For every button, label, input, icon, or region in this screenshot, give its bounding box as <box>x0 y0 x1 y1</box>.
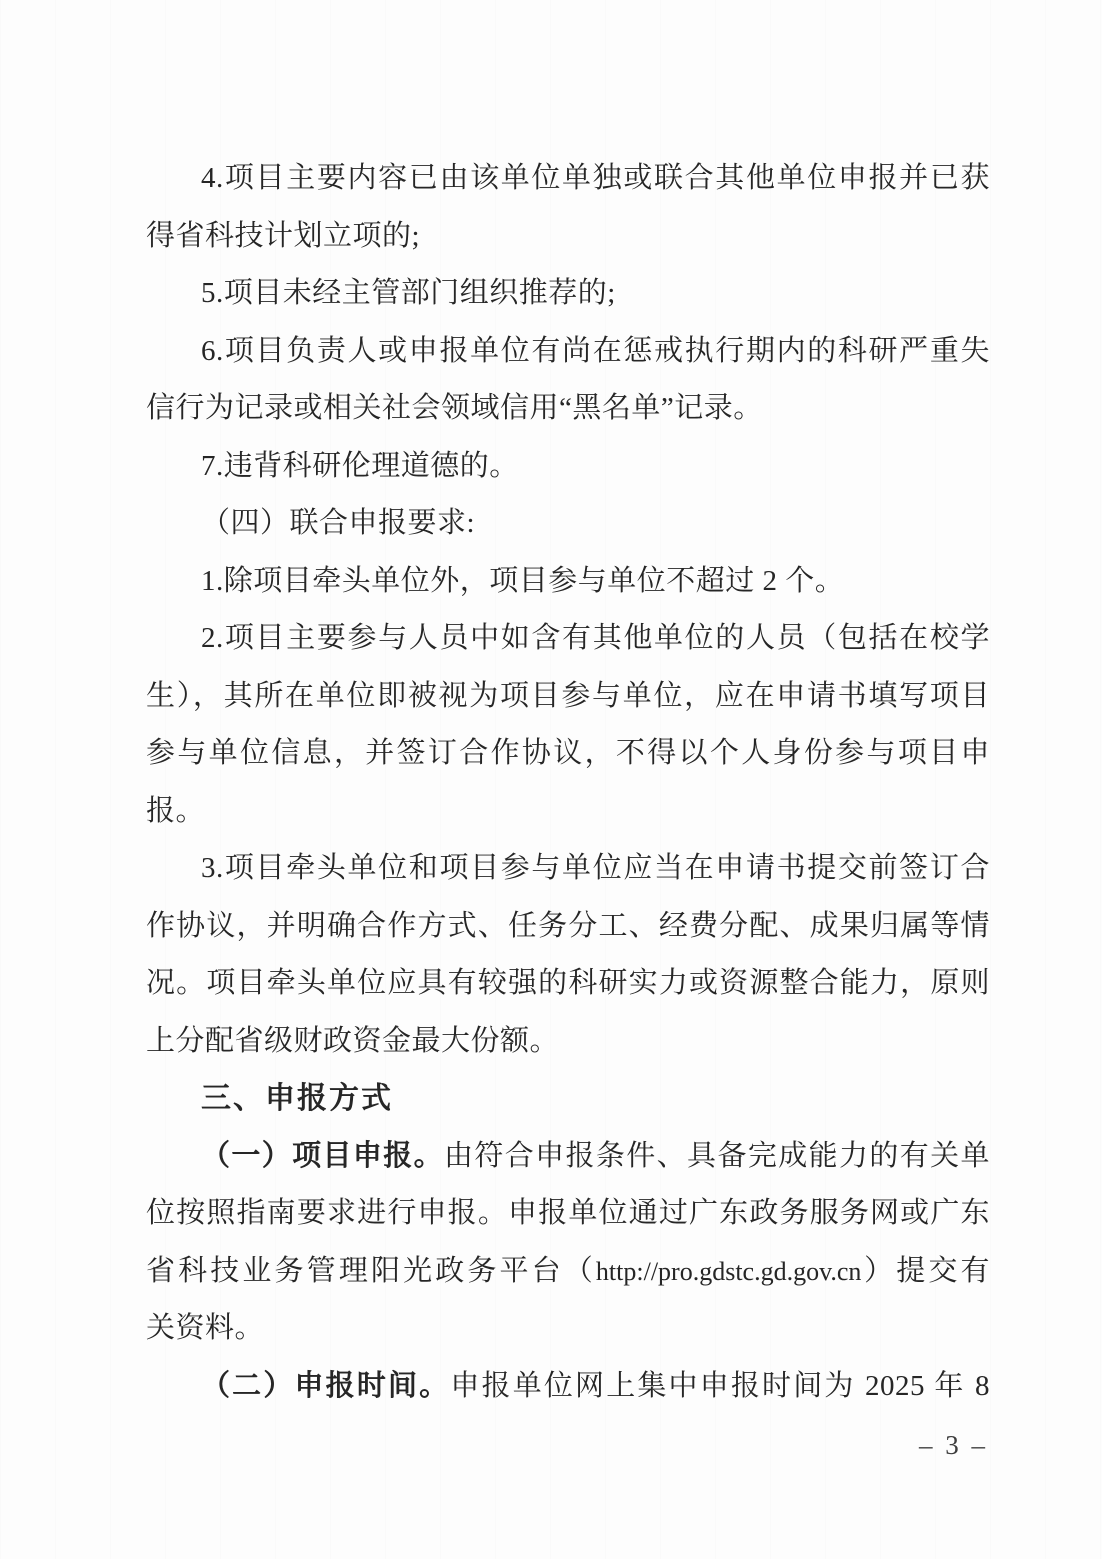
text-run: 6.项目负责人或申报单位有尚在惩戒执行期内的科研严重失 <box>201 335 990 367</box>
text-run: 5.项目未经主管部门组织推荐的; <box>201 277 616 309</box>
document-page: 4.项目主要内容已由该单位单独或联合其他单位申报并已获得省科技计划立项的;5.项… <box>0 0 1102 1559</box>
text-run: 上分配省级财政资金最大份额。 <box>146 1025 559 1057</box>
text-line: 关资料。 <box>146 1300 990 1358</box>
text-run: 3.项目牵头单位和项目参与单位应当在申请书提交前签订合 <box>201 852 990 884</box>
text-run: 4.项目主要内容已由该单位单独或联合其他单位申报并已获 <box>201 162 990 194</box>
text-run: 况。项目牵头单位应具有较强的科研实力或资源整合能力，原则 <box>146 967 990 999</box>
text-line: 况。项目牵头单位应具有较强的科研实力或资源整合能力，原则 <box>146 955 990 1013</box>
text-line: 报。 <box>146 783 990 841</box>
text-run: ）提交有 <box>861 1255 990 1287</box>
document-body: 4.项目主要内容已由该单位单独或联合其他单位申报并已获得省科技计划立项的;5.项… <box>146 150 990 1415</box>
text-line: 三、申报方式 <box>146 1070 990 1128</box>
text-run: 位按照指南要求进行申报。申报单位通过广东政务服务网或广东 <box>146 1197 990 1229</box>
text-run: 7.违背科研伦理道德的。 <box>201 450 519 482</box>
text-run: （二）申报时间。 <box>201 1370 450 1402</box>
text-run: 申报单位网上集中申报时间为 2025 年 8 <box>450 1370 990 1402</box>
text-line: 参与单位信息，并签订合作协议，不得以个人身份参与项目申 <box>146 725 990 783</box>
text-line: 位按照指南要求进行申报。申报单位通过广东政务服务网或广东 <box>146 1185 990 1243</box>
text-run: （四）联合申报要求: <box>201 507 475 539</box>
text-run: 生），其所在单位即被视为项目参与单位，应在申请书填写项目 <box>146 680 990 712</box>
text-line: 7.违背科研伦理道德的。 <box>146 438 990 496</box>
text-line: 作协议，并明确合作方式、任务分工、经费分配、成果归属等情 <box>146 898 990 956</box>
text-run: 1.除项目牵头单位外，项目参与单位不超过 2 个。 <box>201 565 844 597</box>
text-run: 报。 <box>146 795 205 827</box>
text-run: 作协议，并明确合作方式、任务分工、经费分配、成果归属等情 <box>146 910 990 942</box>
text-run: 参与单位信息，并签订合作协议，不得以个人身份参与项目申 <box>146 737 990 769</box>
text-line: （一）项目申报。由符合申报条件、具备完成能力的有关单 <box>146 1128 990 1186</box>
portal-url-text: http://pro.gdstc.gd.gov.cn <box>596 1257 862 1286</box>
text-line: 2.项目主要参与人员中如含有其他单位的人员（包括在校学 <box>146 610 990 668</box>
text-line: （四）联合申报要求: <box>146 495 990 553</box>
text-line: 1.除项目牵头单位外，项目参与单位不超过 2 个。 <box>146 553 990 611</box>
text-run: 2.项目主要参与人员中如含有其他单位的人员（包括在校学 <box>201 622 990 654</box>
text-run: 关资料。 <box>146 1312 264 1344</box>
text-line: 信行为记录或相关社会领域信用“黑名单”记录。 <box>146 380 990 438</box>
text-line: 5.项目未经主管部门组织推荐的; <box>146 265 990 323</box>
page-number: – 3 – <box>919 1430 988 1461</box>
text-run: （一）项目申报。 <box>201 1140 444 1172</box>
text-line: 3.项目牵头单位和项目参与单位应当在申请书提交前签订合 <box>146 840 990 898</box>
text-line: 得省科技计划立项的; <box>146 208 990 266</box>
text-line: 生），其所在单位即被视为项目参与单位，应在申请书填写项目 <box>146 668 990 726</box>
text-run: 省科技业务管理阳光政务平台（ <box>146 1255 596 1287</box>
text-line: 上分配省级财政资金最大份额。 <box>146 1013 990 1071</box>
text-run: 三、申报方式 <box>201 1082 393 1115</box>
text-line: 省科技业务管理阳光政务平台（http://pro.gdstc.gd.gov.cn… <box>146 1243 990 1301</box>
text-line: （二）申报时间。申报单位网上集中申报时间为 2025 年 8 <box>146 1358 990 1416</box>
text-run: 由符合申报条件、具备完成能力的有关单 <box>444 1140 990 1172</box>
text-run: 信行为记录或相关社会领域信用“黑名单”记录。 <box>146 392 763 424</box>
text-run: 得省科技计划立项的; <box>146 220 420 252</box>
text-line: 4.项目主要内容已由该单位单独或联合其他单位申报并已获 <box>146 150 990 208</box>
text-line: 6.项目负责人或申报单位有尚在惩戒执行期内的科研严重失 <box>146 323 990 381</box>
